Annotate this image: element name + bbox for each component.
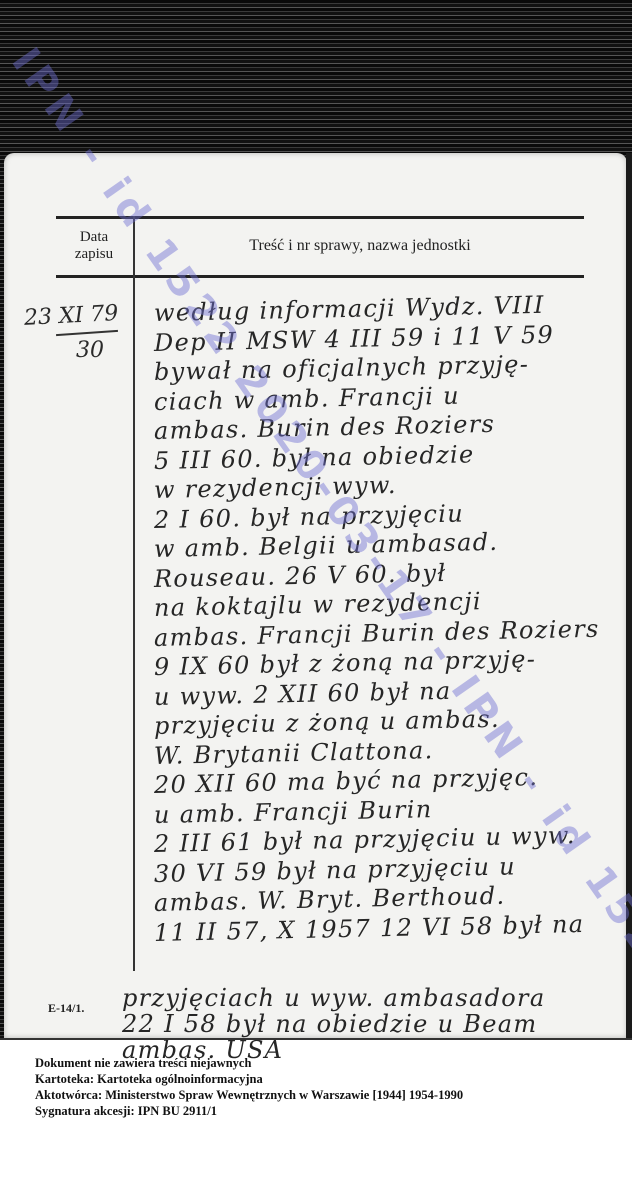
handwritten-line: przyjęciach u wyw. ambasadora [122, 985, 632, 1011]
date-header-line2: zapisu [56, 246, 132, 263]
footer-catalogue: Kartoteka: Kartoteka ogólnoinformacyjna [35, 1071, 463, 1087]
document-metadata-footer: Dokument nie zawiera treści niejawnych K… [35, 1055, 463, 1119]
footer-classification: Dokument nie zawiera treści niejawnych [35, 1055, 463, 1071]
header-bottom-rule [56, 275, 584, 278]
handwritten-line: 22 I 58 był na obiedzie u Beam [122, 1011, 632, 1037]
header-top-rule [56, 216, 584, 219]
content-column-header: Treść i nr sprawy, nazwa jednostki [136, 237, 584, 255]
entry-date: 23 XI 79 30 [24, 303, 134, 363]
footer-creator: Aktotwórca: Ministerstwo Spraw Wewnętrzn… [35, 1087, 463, 1103]
handwritten-content-tail: przyjęciach u wyw. ambasadora22 I 58 był… [122, 985, 632, 1063]
form-code: E-14/1. [48, 1001, 84, 1016]
footer-signature: Sygnatura akcesji: IPN BU 2911/1 [35, 1103, 463, 1119]
entry-date-value: 23 XI 79 [23, 300, 134, 331]
entry-date-underline [56, 330, 118, 336]
entry-number: 30 [24, 338, 134, 363]
date-column-header: Data zapisu [56, 229, 132, 263]
handwritten-content: według informacji Wydz. VIIIDep II MSW 4… [154, 299, 624, 948]
card-bottom-border [0, 1038, 632, 1040]
date-header-line1: Data [56, 229, 132, 246]
card-edge-shadow [626, 153, 632, 1040]
index-card: Data zapisu Treść i nr sprawy, nazwa jed… [4, 153, 627, 1038]
